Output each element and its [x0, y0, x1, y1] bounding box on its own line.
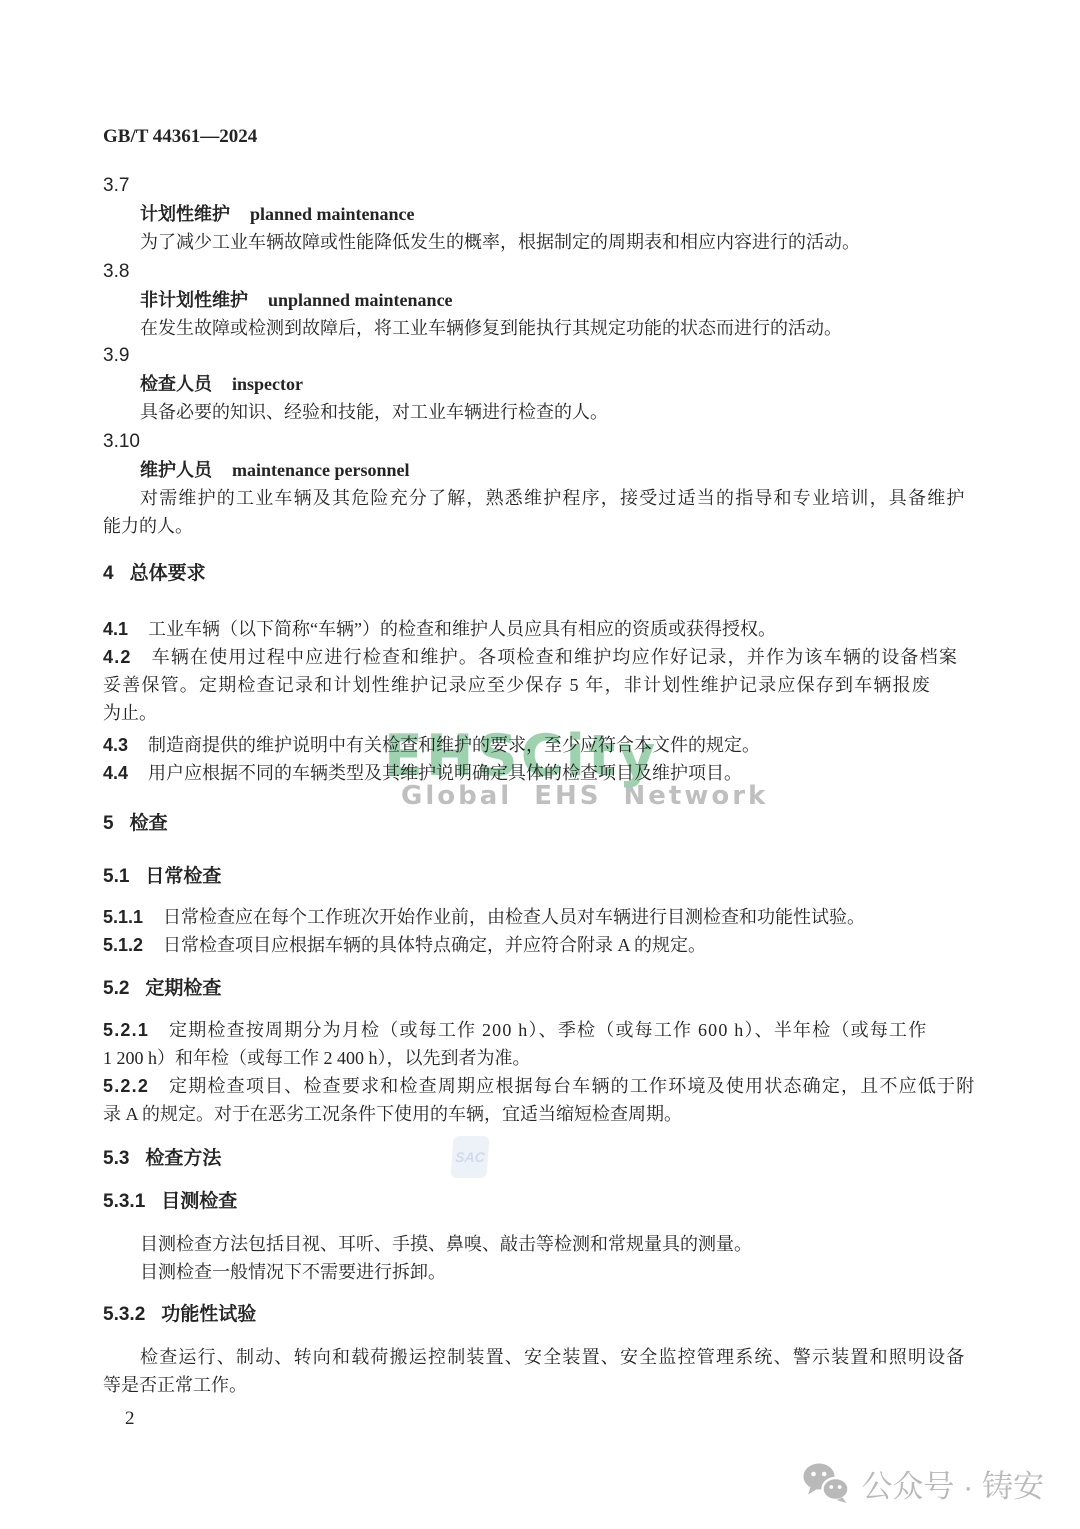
- heading-title: 功能性试验: [161, 1304, 256, 1325]
- clause-number: 5.2.1: [103, 1020, 149, 1040]
- paragraph-5-3-1-a: 目测检查方法包括目视、耳听、手摸、鼻嗅、敲击等检测和常规量具的测量。: [103, 1230, 948, 1258]
- clause-number: 4.2: [103, 647, 132, 667]
- document-content: GB/T 44361—2024 3.7 计划性维护planned mainten…: [103, 0, 948, 1433]
- term-en: planned maintenance: [250, 204, 415, 224]
- document-number-header: GB/T 44361—2024: [103, 123, 948, 151]
- clause-5-2-2-line1: 5.2.2定期检查项目、检查要求和检查周期应根据每台车辆的工作环境及使用状态确定…: [103, 1072, 948, 1100]
- heading-title: 检查方法: [145, 1148, 221, 1169]
- heading-title: 总体要求: [130, 563, 206, 584]
- heading-chapter-4: 4总体要求: [103, 560, 948, 588]
- clause-text: 日常检查应在每个工作班次开始作业前，由检查人员对车辆进行目测检查和功能性试验。: [163, 907, 865, 927]
- term-zh: 非计划性维护: [140, 290, 248, 310]
- clause-4-1: 4.1工业车辆（以下简称“车辆”）的检查和维护人员应具有相应的资质或获得授权。: [103, 615, 948, 643]
- heading-title: 日常检查: [145, 866, 221, 887]
- heading-number: 5.3.1: [103, 1191, 145, 1212]
- term-en: maintenance personnel: [232, 460, 410, 480]
- clause-number: 4.3: [103, 735, 128, 755]
- term-line-3-9: 检查人员inspector: [103, 370, 948, 398]
- heading-number: 5.3.2: [103, 1304, 145, 1325]
- clause-text: 日常检查项目应根据车辆的具体特点确定，并应符合附录 A 的规定。: [163, 935, 706, 955]
- clause-number: 4.1: [103, 619, 128, 639]
- clause-number: 5.1.2: [103, 935, 143, 955]
- clause-4-3: 4.3制造商提供的维护说明中有关检查和维护的要求，至少应符合本文件的规定。: [103, 731, 948, 759]
- clause-4-2-line3: 为止。: [103, 699, 948, 727]
- clause-5-2-1-line1: 5.2.1定期检查按周期分为月检（或每工作 200 h）、季检（或每工作 600…: [103, 1016, 948, 1044]
- clause-text: 定期检查按周期分为月检（或每工作 200 h）、季检（或每工作 600 h）、半…: [169, 1020, 927, 1040]
- heading-number: 5: [103, 813, 114, 834]
- wechat-account-footer: 公众号 · 铸安: [803, 1461, 1044, 1506]
- term-en: inspector: [232, 374, 303, 394]
- paragraph-5-3-2-line2: 等是否正常工作。: [103, 1371, 948, 1399]
- heading-5-3-2: 5.3.2功能性试验: [103, 1301, 948, 1329]
- heading-5-2: 5.2定期检查: [103, 975, 948, 1003]
- clause-text: 工业车辆（以下简称“车辆”）的检查和维护人员应具有相应的资质或获得授权。: [148, 619, 776, 639]
- term-line-3-7: 计划性维护planned maintenance: [103, 200, 948, 228]
- clause-number-3-10: 3.10: [103, 428, 948, 456]
- clause-5-1-1: 5.1.1日常检查应在每个工作班次开始作业前，由检查人员对车辆进行目测检查和功能…: [103, 903, 948, 931]
- clause-5-2-1-line2: 1 200 h）和年检（或每工作 2 400 h），以先到者为准。: [103, 1044, 948, 1072]
- definition-3-10-line2: 能力的人。: [103, 512, 948, 540]
- heading-number: 5.3: [103, 1148, 129, 1169]
- term-line-3-10: 维护人员maintenance personnel: [103, 456, 948, 484]
- term-zh: 维护人员: [140, 460, 212, 480]
- clause-5-1-2: 5.1.2日常检查项目应根据车辆的具体特点确定，并应符合附录 A 的规定。: [103, 931, 948, 959]
- paragraph-5-3-1-b: 目测检查一般情况下不需要进行拆卸。: [103, 1258, 948, 1286]
- standard-document-page: EHSCity Global EHS Network SAC GB/T 4436…: [0, 0, 1080, 1529]
- clause-4-2-line1: 4.2车辆在使用过程中应进行检查和维护。各项检查和维护均应作好记录，并作为该车辆…: [103, 643, 948, 671]
- term-zh: 检查人员: [140, 374, 212, 394]
- heading-5-3-1: 5.3.1目测检查: [103, 1188, 948, 1216]
- definition-3-10-line1: 对需维护的工业车辆及其危险充分了解，熟悉维护程序，接受过适当的指导和专业培训，具…: [103, 484, 948, 512]
- heading-number: 4: [103, 563, 114, 584]
- clause-number: 5.1.1: [103, 907, 143, 927]
- term-line-3-8: 非计划性维护unplanned maintenance: [103, 286, 948, 314]
- definition-3-7: 为了减少工业车辆故障或性能降低发生的概率，根据制定的周期表和相应内容进行的活动。: [103, 228, 948, 256]
- clause-number-3-7: 3.7: [103, 172, 948, 200]
- heading-title: 定期检查: [145, 978, 221, 999]
- page-number: 2: [103, 1405, 948, 1433]
- clause-4-2-line2: 妥善保管。定期检查记录和计划性维护记录应至少保存 5 年，非计划性维护记录应保存…: [103, 671, 948, 699]
- heading-chapter-5: 5检查: [103, 810, 948, 838]
- clause-number-3-8: 3.8: [103, 258, 948, 286]
- definition-3-8: 在发生故障或检测到故障后，将工业车辆修复到能执行其规定功能的状态而进行的活动。: [103, 314, 948, 342]
- wechat-icon: [803, 1463, 849, 1504]
- paragraph-5-3-2-line1: 检查运行、制动、转向和载荷搬运控制装置、安全装置、安全监控管理系统、警示装置和照…: [103, 1343, 948, 1371]
- term-zh: 计划性维护: [140, 204, 230, 224]
- heading-number: 5.2: [103, 978, 129, 999]
- clause-number-3-9: 3.9: [103, 342, 948, 370]
- heading-title: 检查: [130, 813, 168, 834]
- clause-text: 用户应根据不同的车辆类型及其维护说明确定具体的检查项目及维护项目。: [148, 763, 742, 783]
- clause-text: 定期检查项目、检查要求和检查周期应根据每台车辆的工作环境及使用状态确定，且不应低…: [169, 1076, 975, 1096]
- clause-number: 5.2.2: [103, 1076, 149, 1096]
- heading-number: 5.1: [103, 866, 129, 887]
- heading-5-1: 5.1日常检查: [103, 863, 948, 891]
- clause-number: 4.4: [103, 763, 128, 783]
- heading-5-3: 5.3检查方法: [103, 1145, 948, 1173]
- clause-text: 制造商提供的维护说明中有关检查和维护的要求，至少应符合本文件的规定。: [148, 735, 760, 755]
- clause-text: 车辆在使用过程中应进行检查和维护。各项检查和维护均应作好记录，并作为该车辆的设备…: [152, 647, 958, 667]
- wechat-account-label: 公众号 · 铸安: [861, 1461, 1044, 1506]
- clause-4-4: 4.4用户应根据不同的车辆类型及其维护说明确定具体的检查项目及维护项目。: [103, 759, 948, 787]
- definition-3-9: 具备必要的知识、经验和技能，对工业车辆进行检查的人。: [103, 398, 948, 426]
- term-en: unplanned maintenance: [268, 290, 453, 310]
- heading-title: 目测检查: [161, 1191, 237, 1212]
- clause-5-2-2-line2: 录 A 的规定。对于在恶劣工况条件下使用的车辆，宜适当缩短检查周期。: [103, 1100, 948, 1128]
